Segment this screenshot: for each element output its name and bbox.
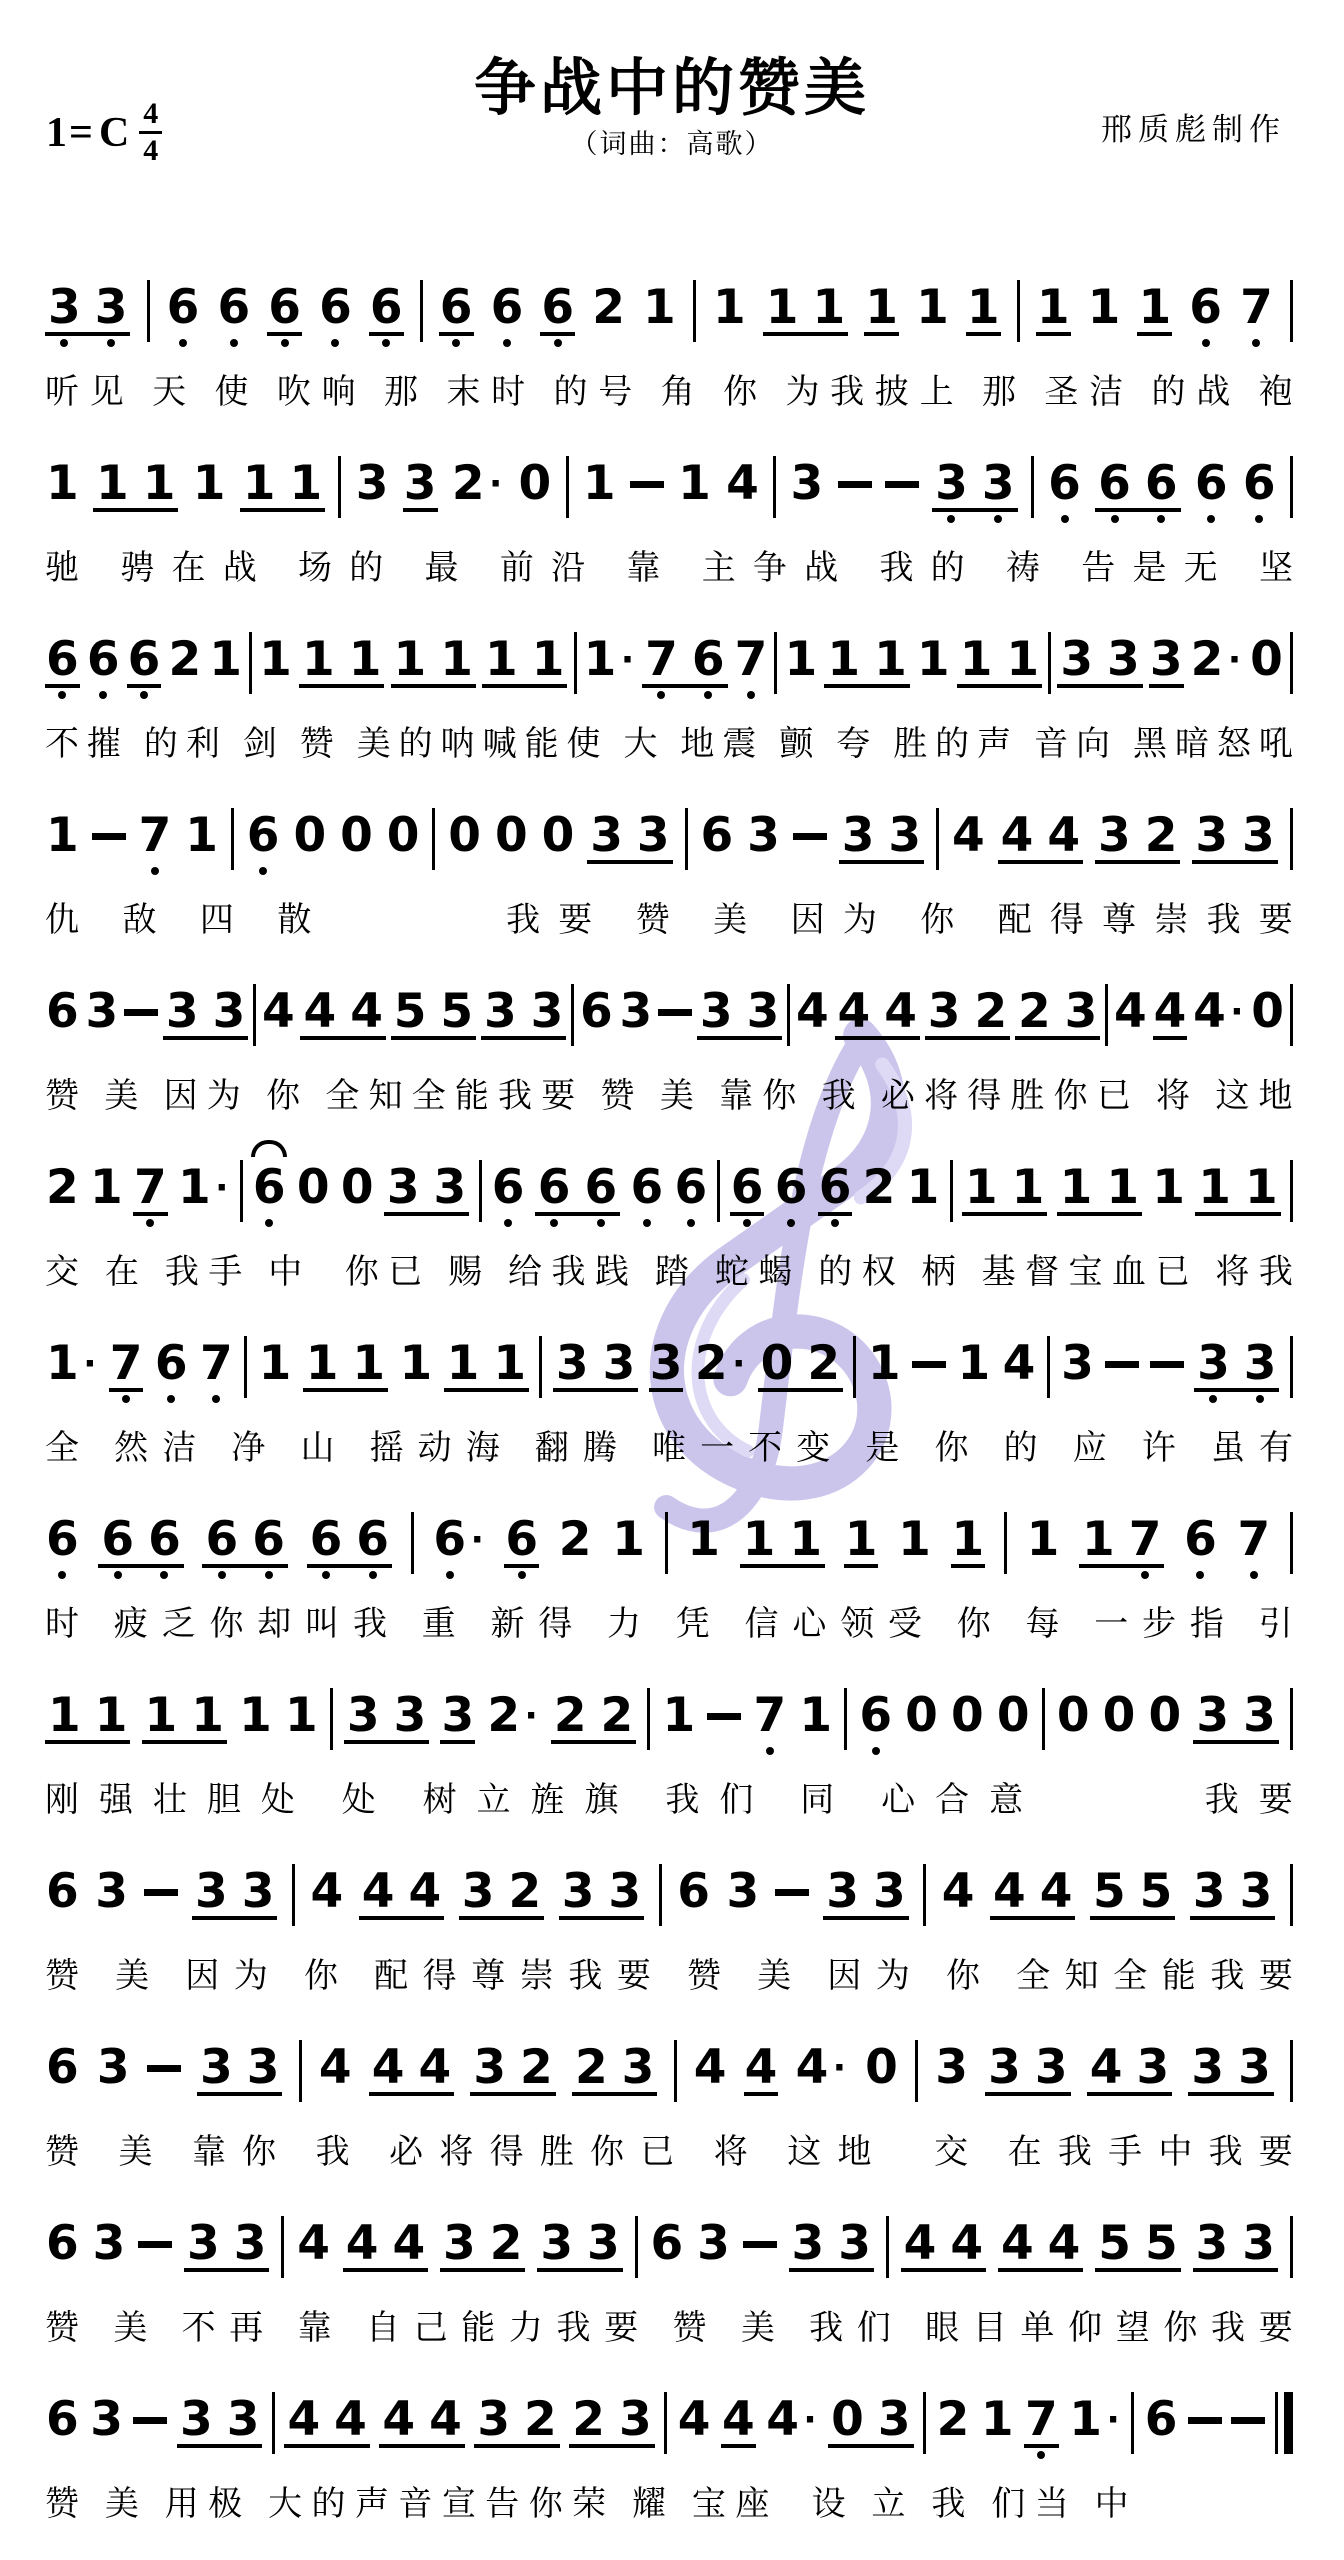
note-digit: 6: [252, 1164, 287, 1212]
beam-group: 11: [303, 1340, 388, 1392]
note: 3: [346, 1692, 381, 1740]
lyric-char: 是: [865, 1428, 899, 1468]
note: 4: [903, 2220, 938, 2268]
barline: [635, 2216, 638, 2278]
note-stack: 4: [1046, 812, 1081, 860]
lyric-char: 再: [229, 2308, 263, 2348]
notes-row: 2171·6003366666666211111111: [45, 1148, 1293, 1252]
lyric-char: 旗: [584, 1780, 618, 1820]
note: 4: [391, 2220, 426, 2268]
note-digit: 1: [399, 1340, 434, 1388]
note: 6: [45, 988, 80, 1036]
note-digit: 6: [355, 1516, 390, 1564]
barline: [1131, 2392, 1134, 2454]
note-stack: 4: [428, 2396, 463, 2444]
augmentation-dot-icon: ·: [804, 2396, 819, 2444]
note-stack: 6: [355, 1516, 390, 1564]
lyric-char: 赞: [300, 724, 334, 764]
note-stack: 1: [798, 1692, 833, 1740]
note-stack: 4: [408, 1868, 443, 1916]
note-digit: 3: [725, 1868, 760, 1916]
lyric-char: 指: [1190, 1604, 1224, 1644]
lyric-char: 胜: [893, 724, 927, 764]
note-stack: 3: [246, 2044, 281, 2092]
lyric-char: 得: [490, 2132, 524, 2172]
lyric-char: 叫: [305, 1604, 339, 1644]
note-stack: 1: [1197, 1164, 1232, 1212]
note: 3: [872, 1868, 907, 1916]
beam-group: 44: [990, 1868, 1075, 1920]
lyric-char: 目: [973, 2308, 1007, 2348]
note-stack: 0: [541, 812, 576, 860]
note-digit: 4: [795, 988, 830, 1036]
note: 7: [133, 1164, 168, 1216]
note: 3: [403, 460, 438, 512]
note: 3: [85, 988, 120, 1036]
note-digit: 6: [490, 284, 525, 332]
note-stack: 0: [339, 812, 374, 860]
note-stack: 2: [1017, 988, 1052, 1036]
lyric-char: 必: [881, 1076, 915, 1116]
duration-dash: [1231, 2417, 1265, 2424]
barline: [915, 2040, 918, 2102]
note-stack: 7: [752, 1692, 787, 1740]
note-stack: 3: [746, 812, 781, 860]
beam-group: 33: [1194, 1340, 1279, 1392]
beam-group: 43: [1087, 2044, 1172, 2096]
low-octave-dot-icon: [265, 1219, 273, 1227]
lyrics-line: 交在我手中你已赐给我践踏蛇蝎的权柄基督宝血已将我: [45, 1252, 1293, 1296]
lyric-char: 美: [104, 1076, 138, 1116]
note: 6: [355, 1516, 390, 1564]
note-stack: 3: [841, 812, 876, 860]
note-stack: 6: [147, 1516, 182, 1564]
note-digit: 4: [345, 2220, 380, 2268]
lyric-char: 我: [1259, 1252, 1293, 1292]
beam-group: 33: [184, 2220, 269, 2272]
lyric-char: 无: [1184, 548, 1218, 588]
beam-group: 33: [559, 1868, 644, 1920]
note-digit: 3: [887, 812, 922, 860]
note-digit: 2: [1190, 636, 1225, 684]
note-digit: 3: [1106, 636, 1141, 684]
note-stack: 7: [734, 636, 769, 684]
beam-group: 44: [359, 1868, 444, 1920]
note: 3: [1239, 1868, 1274, 1916]
note-digit: 6: [318, 284, 353, 332]
lyric-char: 我: [1211, 2308, 1245, 2348]
note-stack: 3: [199, 2044, 234, 2092]
note-stack: 1: [45, 460, 80, 508]
notes-row: 63334443223444·03334333: [45, 2028, 1293, 2132]
note-digit: 1: [284, 1692, 319, 1740]
note-digit: 3: [791, 2220, 826, 2268]
note-digit: 3: [746, 812, 781, 860]
note: 1: [966, 284, 1001, 336]
note-stack: 3: [607, 1868, 642, 1916]
note-stack: 1: [826, 636, 861, 684]
lyric-char: 们: [719, 1780, 753, 1820]
note-digit: 0: [296, 1164, 331, 1212]
note-stack: 3: [1195, 1692, 1230, 1740]
lyric-char: 我: [316, 2132, 350, 2172]
note-stack: 3: [476, 2396, 511, 2444]
note-digit: 3: [1242, 1692, 1277, 1740]
note-stack: 1: [1011, 1164, 1046, 1212]
beam-group: 33: [839, 812, 924, 864]
note-stack: 0: [1148, 1692, 1183, 1740]
low-octave-dot-icon: [382, 339, 390, 347]
note-digit: 3: [179, 2396, 214, 2444]
note-stack: 1: [1068, 2396, 1103, 2444]
note-stack: 3: [194, 1868, 229, 1916]
note-stack: 4: [992, 1868, 1027, 1916]
lyric-char: 主: [702, 548, 736, 588]
note: 3: [1194, 812, 1229, 860]
note-digit: 6: [369, 284, 404, 332]
lyric-char: 血: [1112, 1252, 1146, 1292]
note-stack: 3: [85, 988, 120, 1036]
beam-group: 23: [569, 2396, 654, 2448]
lyric-char: 全: [325, 1076, 359, 1116]
note-digit: 6: [45, 2396, 80, 2444]
note: 6: [730, 1164, 765, 1216]
beam-group: 11: [391, 636, 476, 688]
lyric-char: 然: [114, 1428, 148, 1468]
lyric-char: 摧: [87, 724, 121, 764]
barline: [1290, 1336, 1293, 1398]
beam-group: 32: [925, 988, 1010, 1040]
note: 3: [618, 2396, 653, 2444]
note-stack: 2: [486, 1692, 521, 1740]
low-octave-dot-icon: [1252, 339, 1260, 347]
note: 1: [906, 1164, 941, 1212]
beam-group: 33: [1193, 2220, 1278, 2272]
augmentation-dot-icon: ·: [490, 460, 505, 508]
note-stack: 4: [296, 2220, 331, 2268]
duration-dash: [124, 1009, 158, 1016]
note: 6: [318, 284, 353, 332]
note-stack: 2: [558, 1516, 593, 1564]
lyric-char: 靠: [626, 548, 660, 588]
lyric-char: 翻: [535, 1428, 569, 1468]
final-barline-thick: [1284, 2392, 1293, 2454]
lyric-char: 因: [185, 1956, 219, 1996]
note: 3: [1196, 1340, 1231, 1388]
note-digit: 4: [361, 1868, 396, 1916]
notes-row: 33666666662111111111167: [45, 268, 1293, 372]
barline: [539, 1336, 542, 1398]
note: 2·: [486, 1692, 539, 1740]
low-octave-dot-icon: [140, 691, 148, 699]
note: 1: [867, 1340, 902, 1388]
note-digit: 1: [915, 284, 950, 332]
note-stack: 4: [883, 988, 918, 1036]
note: 3: [837, 2220, 872, 2268]
note-stack: 1: [583, 636, 618, 684]
note-digit: 6: [1188, 284, 1223, 332]
music-line: 6333444553363334443223444·0赞美因为你全知全能我要赞美…: [45, 972, 1293, 1148]
note: 0: [447, 812, 482, 860]
note: 2: [600, 1692, 635, 1740]
note-stack: 4: [1192, 988, 1227, 1036]
note-stack: 0: [760, 1340, 795, 1388]
lyric-char: 你: [209, 1604, 243, 1644]
note: 0: [296, 1164, 331, 1212]
note: 1: [980, 2396, 1015, 2444]
note: 0: [340, 1164, 375, 1212]
duration-dash: [1105, 1361, 1139, 1368]
lyric-char: 柄: [922, 1252, 956, 1292]
lyric-char: 单: [1020, 2308, 1054, 2348]
note-digit: 3: [1064, 988, 1099, 1036]
note: 4·: [1192, 988, 1245, 1036]
lyrics-line: 不摧的利剑赞美的呐喊能使大地震颤夸胜的声音向黑暗怒吼: [45, 724, 1293, 768]
lyric-char: 能: [455, 1076, 489, 1116]
note-stack: 4: [1000, 812, 1035, 860]
lyric-char: 蛇: [715, 1252, 749, 1292]
note-digit: 1: [611, 1516, 646, 1564]
lyric-char: 的: [349, 548, 383, 588]
note-stack: 6: [583, 1164, 618, 1212]
lyric-char: 音: [1034, 724, 1068, 764]
lyric-char: 要: [1259, 2308, 1293, 2348]
note-digit: 3: [1192, 1868, 1227, 1916]
beam-group: 11: [824, 636, 909, 688]
note-digit: 1: [1026, 1516, 1061, 1564]
lyric-char: 全: [412, 1076, 446, 1116]
note-digit: 3: [403, 460, 438, 508]
lyric-char: 不: [748, 1428, 782, 1468]
note: 6: [100, 1516, 135, 1564]
note-digit: 4: [296, 2220, 331, 2268]
lyric-char: 音: [398, 2484, 432, 2524]
note: 6: [629, 1164, 664, 1212]
barline: [249, 632, 252, 694]
note-stack: 1: [192, 460, 227, 508]
note: 3: [1243, 1340, 1278, 1388]
note-stack: 6: [1242, 460, 1277, 508]
lyric-char: 设: [812, 2484, 846, 2524]
low-octave-dot-icon: [743, 1219, 751, 1227]
note-stack: 6: [86, 636, 121, 684]
beam-group: 44: [300, 988, 385, 1040]
lyric-char: 每: [1025, 1604, 1059, 1644]
note: 0: [1102, 1692, 1137, 1740]
note-stack: 1: [712, 284, 747, 332]
note: 7: [734, 636, 769, 684]
lyric-char: 强: [99, 1780, 133, 1820]
lyric-char: 要: [1259, 2132, 1293, 2172]
note-stack: 0: [1102, 1692, 1137, 1740]
note: 6: [537, 1164, 572, 1212]
note-stack: 4: [302, 988, 337, 1036]
note-digit: 1: [1151, 1164, 1186, 1212]
note-digit: 1: [144, 1692, 179, 1740]
note-digit: 6: [246, 812, 281, 860]
lyric-char: 树: [423, 1780, 457, 1820]
note-digit: 3: [699, 988, 734, 1036]
note-stack: 3: [789, 460, 824, 508]
low-octave-dot-icon: [167, 1395, 175, 1403]
note-stack: 3: [621, 2044, 656, 2092]
note-stack: 3: [539, 2220, 574, 2268]
note-stack: 6: [45, 2220, 80, 2268]
note: 3: [791, 2220, 826, 2268]
note-stack: 6: [540, 284, 575, 336]
note: 3: [539, 2220, 574, 2268]
lyric-char: 赞: [45, 2484, 79, 2524]
music-line: 1111113332·22171600000033刚强壮胆处处树立旌旗我们同心合…: [45, 1676, 1293, 1852]
barline: [1290, 1512, 1293, 1574]
note-stack: 6: [1097, 460, 1132, 508]
note-stack: 2: [1190, 636, 1225, 684]
lyric-char: 将: [1215, 1252, 1249, 1292]
note-digit: 3: [393, 1692, 428, 1740]
barline: [1290, 984, 1293, 1046]
note-stack: 7: [109, 1340, 144, 1392]
note-stack: 1: [916, 636, 951, 684]
note-digit: 3: [433, 1164, 468, 1212]
duration-dash: [707, 1713, 741, 1720]
lyric-char: 崇: [520, 1956, 554, 1996]
low-octave-dot-icon: [704, 691, 712, 699]
note-digit: 6: [216, 284, 251, 332]
note-digit: 2: [571, 2396, 606, 2444]
note-digit: 0: [996, 1692, 1031, 1740]
note: 1: [951, 1516, 986, 1568]
note: 3: [92, 2220, 127, 2268]
note-digit: 4: [391, 2220, 426, 2268]
note: 1: [788, 1516, 823, 1564]
note-stack: 4: [951, 812, 986, 860]
note: 5: [393, 988, 428, 1036]
duration-dash: [838, 481, 872, 488]
note: 0: [292, 812, 327, 860]
beam-group: 11: [482, 636, 567, 688]
lyric-char: 你: [1163, 2308, 1197, 2348]
note-stack: 1: [1244, 1164, 1279, 1212]
final-barline: [1275, 2392, 1293, 2454]
note-stack: 1: [446, 1340, 481, 1388]
note-stack: 3: [47, 284, 82, 332]
lyric-char: 争: [753, 548, 787, 588]
low-octave-dot-icon: [265, 1571, 273, 1579]
lyric-char: 见: [90, 372, 124, 412]
note-stack: 3: [472, 2044, 507, 2092]
lyric-char: 的: [1004, 1428, 1038, 1468]
note: 1: [1105, 1164, 1140, 1212]
note-digit: 4: [310, 1868, 345, 1916]
note: 1: [864, 284, 899, 336]
lyric-char: 我: [1058, 2132, 1092, 2172]
note-stack: 3: [92, 2220, 127, 2268]
lyric-char: 摇: [370, 1428, 404, 1468]
notes-row: 111111332·011433366666: [45, 444, 1293, 548]
lyric-char: 末: [446, 372, 480, 412]
note-stack: 4: [1039, 1868, 1074, 1916]
note: 4: [361, 1868, 396, 1916]
note-stack: 1: [284, 1692, 319, 1740]
lyric-char: 时: [491, 372, 525, 412]
lyrics-line: 赞美因为你配得尊崇我要赞美因为你全知全能我要: [45, 1956, 1293, 2000]
augmentation-dot-icon: ·: [471, 1516, 486, 1564]
note-digit: 4: [408, 1868, 443, 1916]
note-stack: 2: [519, 2044, 554, 2092]
note-digit: 3: [386, 1164, 421, 1212]
note: 0: [1250, 988, 1285, 1036]
barline: [240, 1160, 243, 1222]
note-stack: 3: [461, 1868, 496, 1916]
note: 4: [1002, 1340, 1037, 1388]
note-stack: 1: [258, 1340, 293, 1388]
beam-group: 33: [1190, 1868, 1275, 1920]
note-digit: 6: [540, 284, 575, 332]
lyric-char: 胆: [207, 1780, 241, 1820]
note-stack: 2: [1144, 812, 1179, 860]
note-digit: 1: [45, 812, 80, 860]
note-digit: 6: [166, 284, 201, 332]
note-stack: 5: [439, 988, 474, 1036]
note: 3: [841, 812, 876, 860]
beam-group: 44: [998, 2220, 1083, 2272]
note-digit: 1: [177, 1164, 212, 1212]
lyrics-line: 刚强壮胆处处树立旌旗我们同心合意我要: [45, 1780, 1293, 1824]
note-stack: 1: [47, 1692, 82, 1740]
note-stack: 4: [677, 2396, 712, 2444]
note-digit: 1: [190, 1692, 225, 1740]
note: 3: [393, 1692, 428, 1740]
lyric-char: 力: [607, 1604, 641, 1644]
note-stack: 6: [45, 2396, 80, 2444]
note-digit: 7: [199, 1340, 234, 1388]
note: 3: [472, 2044, 507, 2092]
note-digit: 3: [530, 988, 565, 1036]
lyric-char: 得: [967, 1076, 1001, 1116]
note: 3: [619, 988, 654, 1036]
lyric-char: 洁: [162, 1428, 196, 1468]
lyric-char: 为: [207, 1076, 241, 1116]
note-stack: 4: [949, 2220, 984, 2268]
note-stack: 2: [523, 2396, 558, 2444]
lyric-char: 你: [345, 1252, 379, 1292]
note-stack: 1: [1137, 284, 1172, 336]
lyric-char: 全: [1113, 1956, 1147, 1996]
note-stack: 4: [795, 988, 830, 1036]
note-digit: 3: [1060, 1340, 1095, 1388]
low-octave-dot-icon: [331, 339, 339, 347]
note-stack: 4: [1089, 2044, 1124, 2092]
note-stack: 7: [1236, 1516, 1271, 1564]
note-digit: 2: [936, 2396, 971, 2444]
note-stack: 0: [292, 812, 327, 860]
note-stack: 4: [903, 2220, 938, 2268]
note-digit: 1: [951, 1516, 986, 1564]
note-stack: 6: [774, 1164, 809, 1212]
note-stack: 4: [837, 988, 872, 1036]
note-digit: 6: [730, 1164, 765, 1212]
note-stack: 1: [867, 1340, 902, 1388]
note-digit: 1: [45, 1340, 80, 1388]
beam-group: 33: [177, 2396, 262, 2448]
augmentation-dot-icon: ·: [1231, 988, 1246, 1036]
lyric-char: 我: [506, 900, 540, 940]
note-stack: 1: [242, 460, 277, 508]
note-digit: 1: [956, 1340, 991, 1388]
note-digit: 6: [491, 1164, 526, 1212]
note: 1: [1011, 1164, 1046, 1212]
note-digit: 1: [47, 1692, 82, 1740]
